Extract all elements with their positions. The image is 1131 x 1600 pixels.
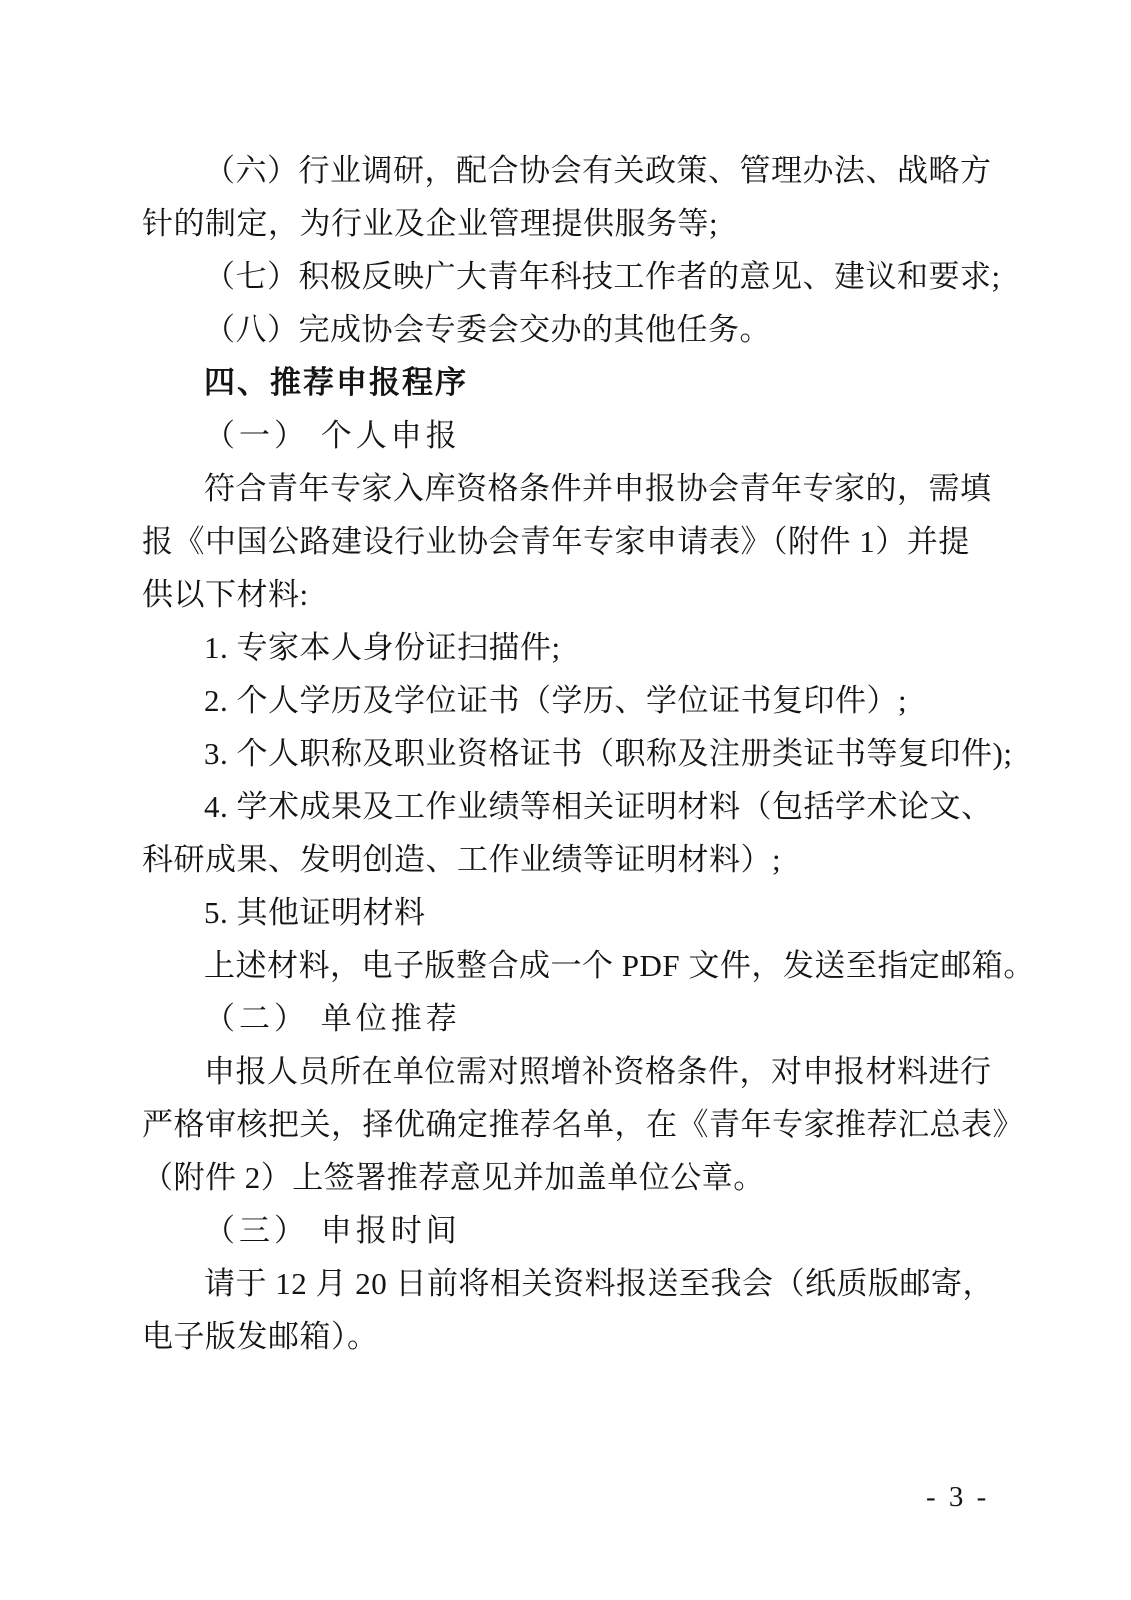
section-heading: 四、推荐申报程序: [142, 356, 1002, 409]
text-line: （八）完成协会专委会交办的其他任务。: [142, 303, 1002, 356]
subsection-heading: （二） 单位推荐: [142, 992, 1002, 1045]
text-line: 4. 学术成果及工作业绩等相关证明材料（包括学术论文、: [142, 780, 1002, 833]
text-line: （附件 2）上签署推荐意见并加盖单位公章。: [142, 1151, 1002, 1204]
subsection-heading: （一） 个人申报: [142, 409, 1002, 462]
text-line: 供以下材料:: [142, 568, 1002, 621]
text-line: 5. 其他证明材料: [142, 886, 1002, 939]
page-number: - 3 -: [926, 1477, 989, 1517]
text-line: 上述材料，电子版整合成一个 PDF 文件，发送至指定邮箱。: [142, 939, 1002, 992]
text-line: 科研成果、发明创造、工作业绩等证明材料）;: [142, 833, 1002, 886]
document-page: （六）行业调研，配合协会有关政策、管理办法、战略方针的制定，为行业及企业管理提供…: [0, 0, 1131, 1600]
text-line: 2. 个人学历及学位证书（学历、学位证书复印件）;: [142, 674, 1002, 727]
text-line: 针的制定，为行业及企业管理提供服务等;: [142, 197, 1002, 250]
document-body: （六）行业调研，配合协会有关政策、管理办法、战略方针的制定，为行业及企业管理提供…: [142, 144, 1002, 1363]
text-line: 请于 12 月 20 日前将相关资料报送至我会（纸质版邮寄，: [142, 1257, 1002, 1310]
text-line: 3. 个人职称及职业资格证书（职称及注册类证书等复印件);: [142, 727, 1002, 780]
text-line: （七）积极反映广大青年科技工作者的意见、建议和要求;: [142, 250, 1002, 303]
text-line: 报《中国公路建设行业协会青年专家申请表》（附件 1）并提: [142, 515, 1002, 568]
text-line: 电子版发邮箱）。: [142, 1310, 1002, 1363]
text-line: 严格审核把关，择优确定推荐名单，在《青年专家推荐汇总表》: [142, 1098, 1002, 1151]
subsection-heading: （三） 申报时间: [142, 1204, 1002, 1257]
text-line: 符合青年专家入库资格条件并申报协会青年专家的，需填: [142, 462, 1002, 515]
text-line: 1. 专家本人身份证扫描件;: [142, 621, 1002, 674]
text-line: （六）行业调研，配合协会有关政策、管理办法、战略方: [142, 144, 1002, 197]
text-line: 申报人员所在单位需对照增补资格条件，对申报材料进行: [142, 1045, 1002, 1098]
